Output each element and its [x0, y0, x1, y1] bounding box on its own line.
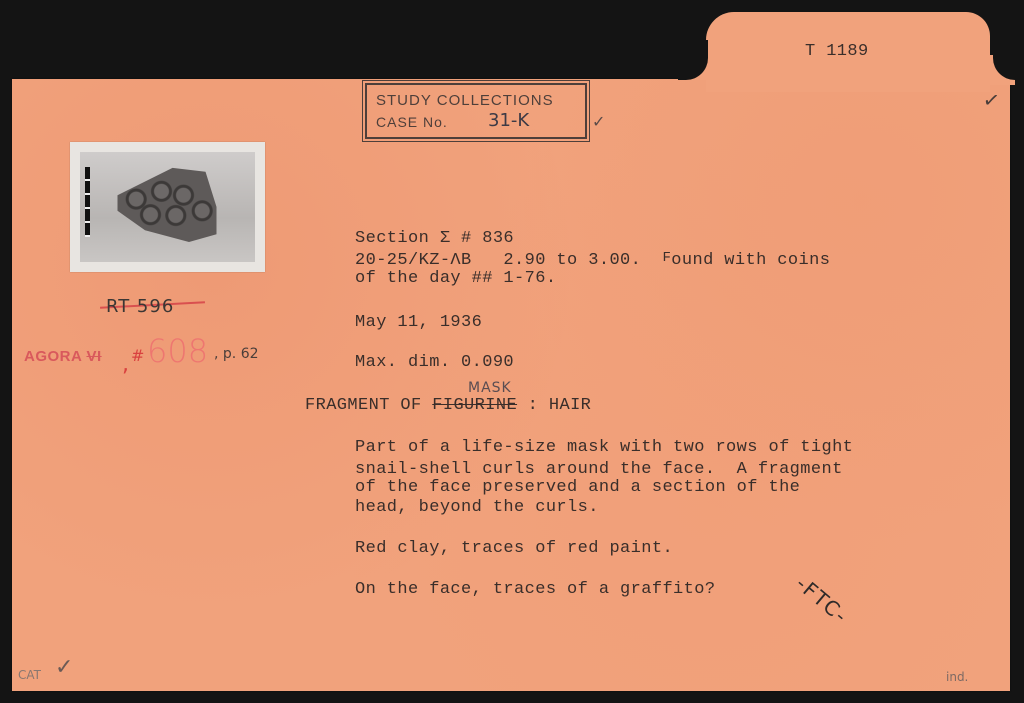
description-line: of the face preserved and a section of t…	[355, 478, 800, 497]
ind-mark: ind.	[946, 670, 968, 684]
mask-fragment-image	[112, 164, 222, 242]
title-struck-word: FIGURINE	[432, 396, 517, 415]
location-text: 20-25/KZ-ΛB 2.90 to 3.00.	[355, 251, 662, 270]
publication-volume: VI	[86, 348, 101, 365]
rt-number: RT 596	[106, 296, 174, 317]
publication-comma: ,	[122, 352, 129, 377]
study-collections-stamp: STUDY COLLECTIONS CASE No. 31-K	[365, 83, 587, 139]
scale-bar	[85, 167, 90, 237]
catalog-hash: #	[131, 346, 144, 365]
found-initial: F	[662, 250, 671, 266]
publication-reference: AGORA VI	[24, 348, 102, 365]
publication-prefix: AGORA	[24, 348, 86, 365]
catalog-number: 608	[147, 332, 208, 370]
found-text: ound with coins	[671, 251, 830, 270]
page-reference: , p. 62	[214, 346, 259, 362]
material-line: Red clay, traces of red paint.	[355, 539, 673, 558]
stamp-check-icon: ✓	[592, 112, 605, 131]
object-photo	[70, 142, 265, 272]
section-line: Section Σ # 836	[355, 229, 514, 248]
stamp-case-number: 31-K	[488, 110, 529, 131]
tab-inventory-number: T 1189	[805, 42, 869, 61]
photo-image	[80, 152, 255, 262]
object-title: FRAGMENT OF FIGURINE : HAIR	[305, 396, 591, 415]
date: May 11, 1936	[355, 313, 482, 332]
stamp-case-label: CASE No.	[376, 114, 448, 130]
title-prefix: FRAGMENT OF	[305, 396, 432, 415]
cat-check-icon: ✓	[55, 655, 73, 680]
coins-line: of the day ## 1-76.	[355, 269, 556, 288]
check-mark-icon: ✓	[981, 87, 1001, 113]
title-correction: MASK	[468, 380, 512, 396]
cat-mark: CAT	[18, 668, 41, 682]
note-line: On the face, traces of a graffito?	[355, 580, 715, 599]
max-dimension: Max. dim. 0.090	[355, 353, 514, 372]
tab-left-curve	[678, 60, 718, 80]
title-suffix: : HAIR	[517, 396, 591, 415]
tab-right-notch	[985, 55, 1015, 85]
location-line: 20-25/KZ-ΛB 2.90 to 3.00. Found with coi…	[355, 249, 830, 270]
description-line: head, beyond the curls.	[355, 498, 599, 517]
description-line: snail-shell curls around the face. A fra…	[355, 460, 843, 479]
stamp-title: STUDY COLLECTIONS	[376, 92, 554, 109]
description-line: Part of a life-size mask with two rows o…	[355, 438, 853, 457]
